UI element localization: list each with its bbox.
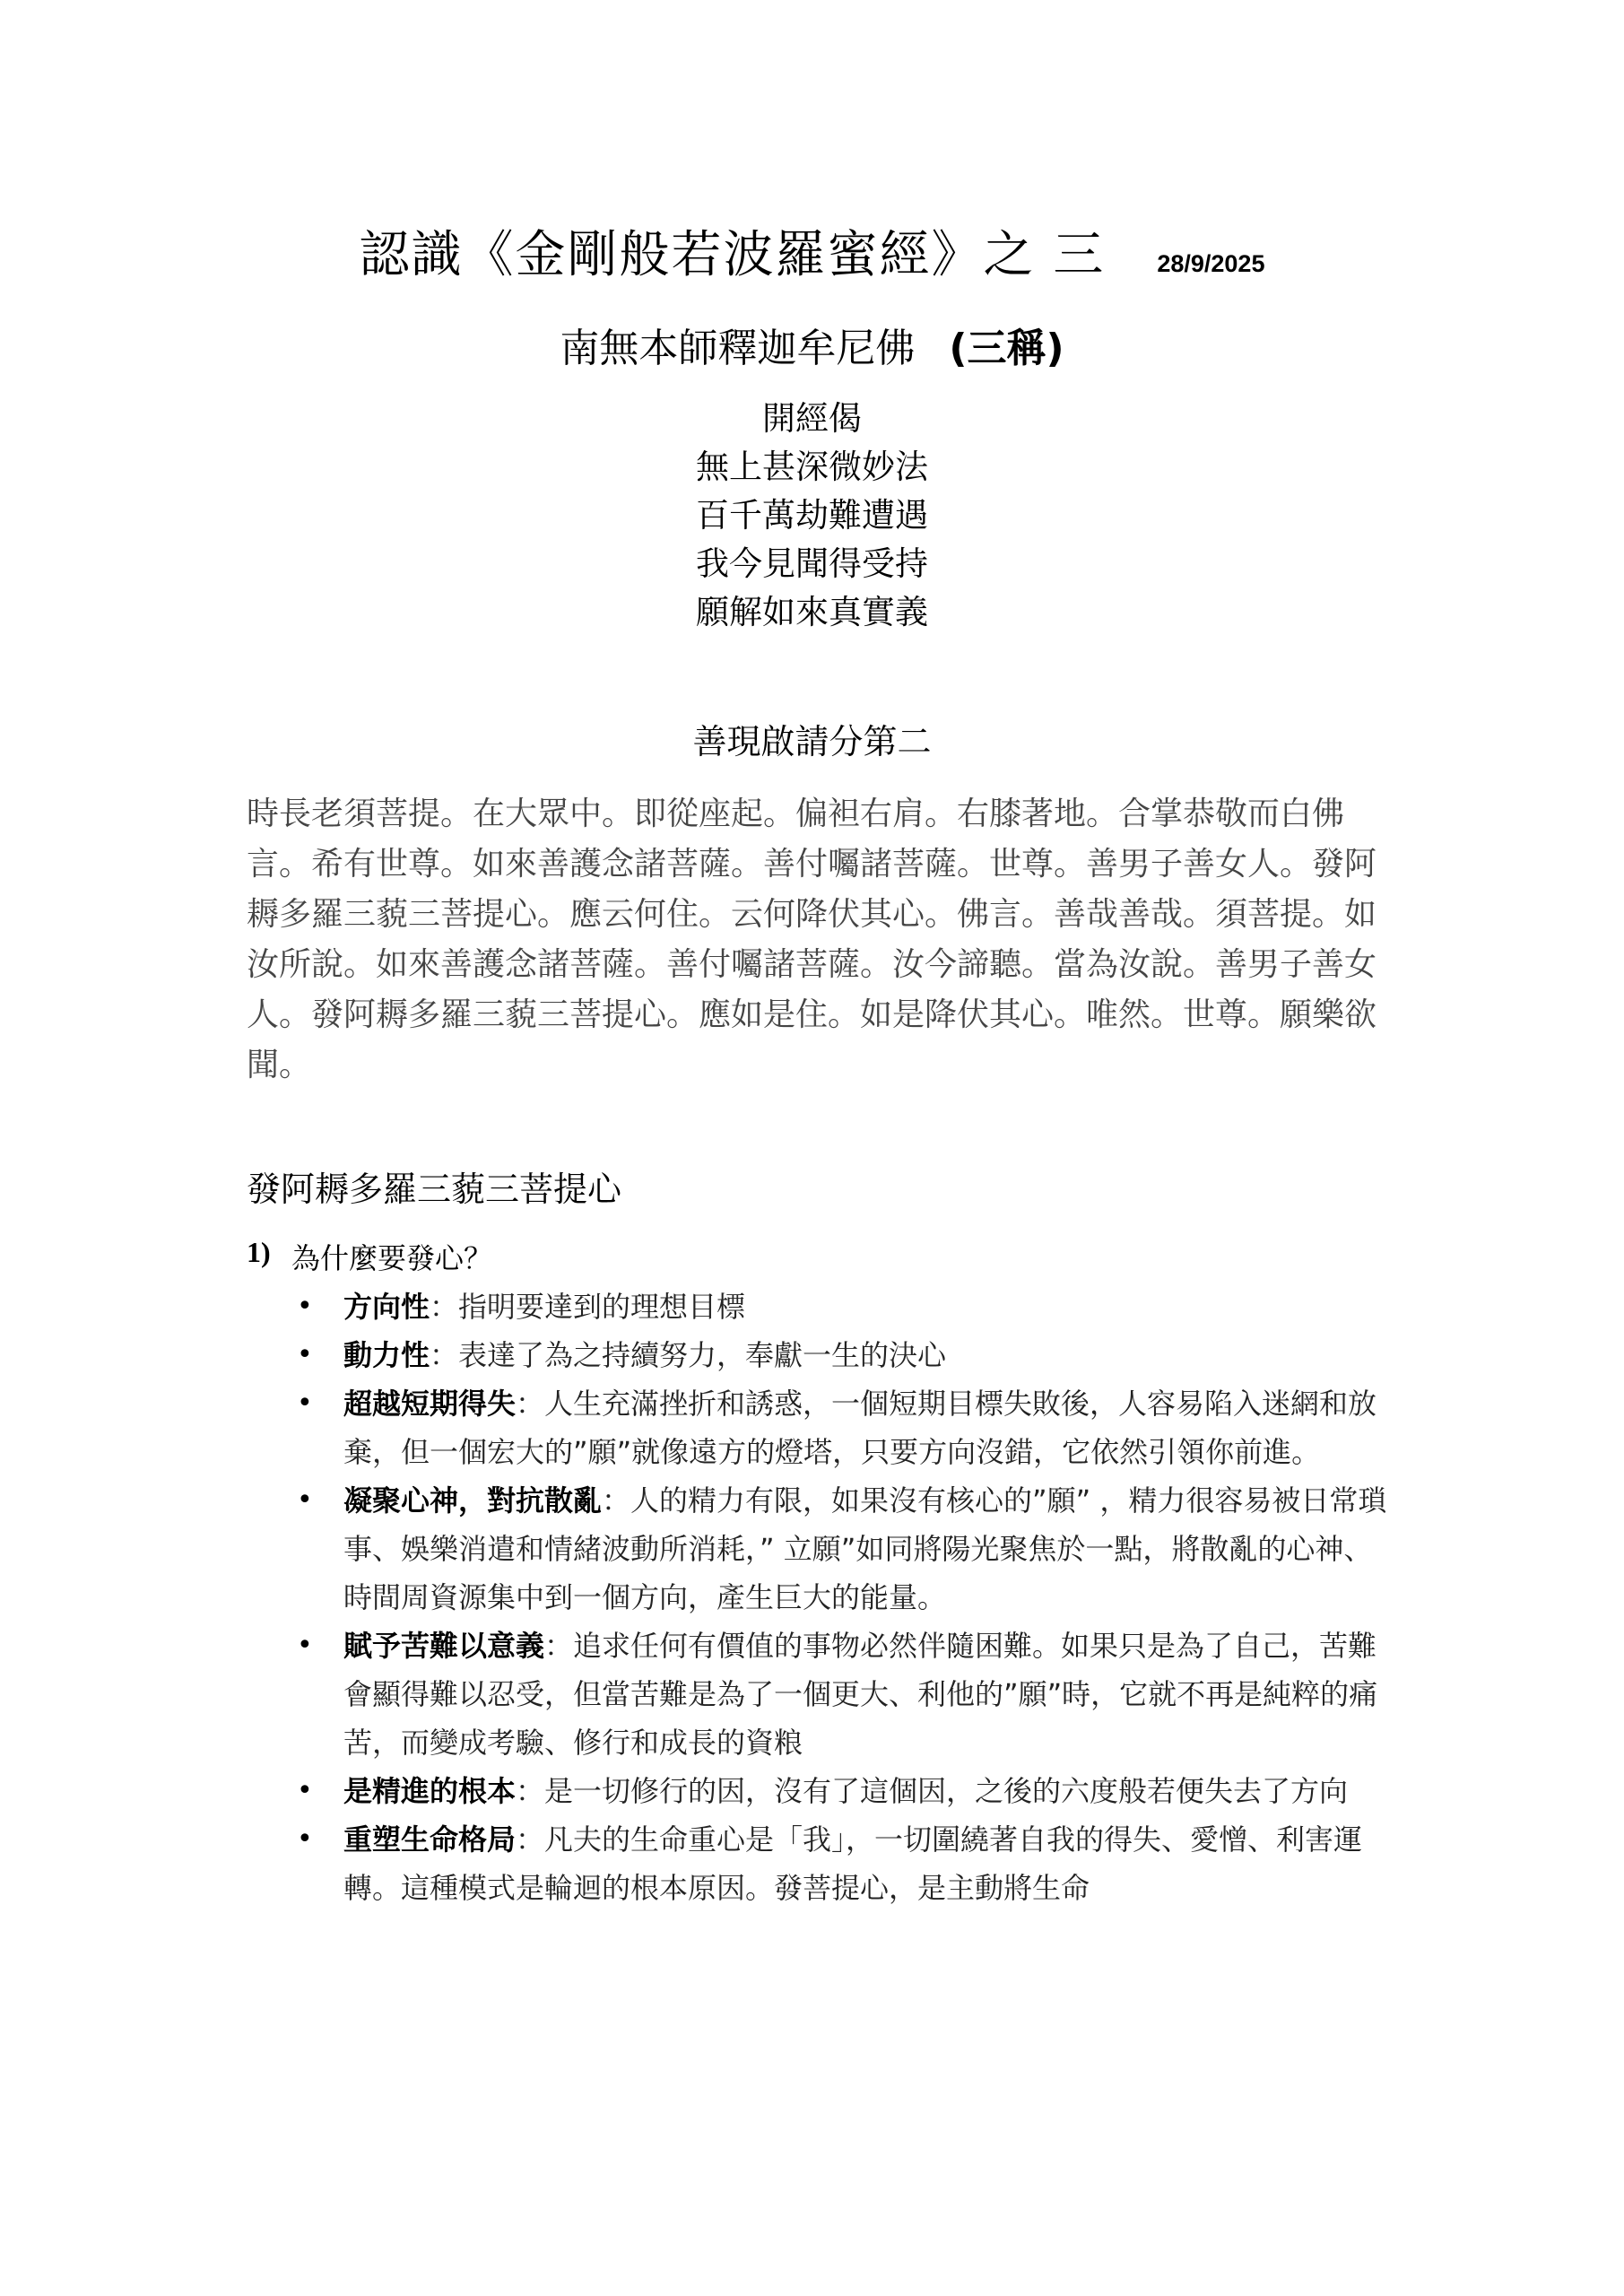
document-title: 認識《金剛般若波羅蜜經》之 三 [360, 215, 1106, 287]
reasons-list: •方向性：指明要達到的理想目標 •動力性：表達了為之持續努力，奉獻一生的決心 •… [291, 1283, 1394, 1912]
bullet-sep: ： [516, 1774, 544, 1808]
subtitle-text: 南無本師釋迦牟尼佛 [560, 326, 915, 371]
list-item: •賦予苦難以意義：追求任何有價值的事物必然伴隨困難。如果只是為了自己，苦難會顯得… [291, 1622, 1394, 1767]
title-row: 認識《金剛般若波羅蜜經》之 三 28/9/2025 [0, 215, 1624, 287]
bullet-sep: ： [516, 1387, 544, 1421]
subtitle-paren: (三稱) [949, 326, 1064, 371]
bullet-text: 是一切修行的因，沒有了這個因，之後的六度般若便失去了方向 [544, 1774, 1348, 1808]
verse-line: 百千萬劫難遭遇 [0, 491, 1624, 540]
question-number: 1) [247, 1236, 291, 1277]
verse-line: 願解如來真實義 [0, 588, 1624, 637]
bullet-term: 動力性 [343, 1338, 430, 1372]
list-item: •凝聚心神，對抗散亂：人的精力有限，如果沒有核心的”願” ，精力很容易被日常瑣事… [291, 1476, 1394, 1622]
bullet-icon: • [297, 1622, 313, 1670]
bullet-sep: ： [516, 1822, 544, 1857]
bullet-term: 是精進的根本 [343, 1774, 516, 1808]
list-item: •超越短期得失：人生充滿挫折和誘惑，一個短期目標失敗後，人容易陷入迷網和放棄，但… [291, 1379, 1394, 1476]
bullet-icon: • [297, 1815, 313, 1864]
bullet-sep: ： [544, 1629, 573, 1663]
list-item: •重塑生命格局：凡夫的生命重心是「我」，一切圍繞著自我的得失、愛憎、利害運轉。這… [291, 1815, 1394, 1912]
bullet-icon: • [297, 1476, 313, 1525]
bullet-sep: ： [430, 1338, 458, 1372]
section-heading: 發阿耨多羅三藐三菩提心 [247, 1161, 621, 1211]
bullet-sep: ： [430, 1290, 458, 1324]
question-text: 為什麼要發心？ [291, 1236, 492, 1277]
bullet-text: 指明要達到的理想目標 [458, 1290, 745, 1324]
bullet-icon: • [297, 1283, 313, 1331]
list-item: •是精進的根本：是一切修行的因，沒有了這個因，之後的六度般若便失去了方向 [291, 1767, 1394, 1815]
bullet-sep: ： [602, 1483, 630, 1518]
bullet-text: 表達了為之持續努力，奉獻一生的決心 [458, 1338, 946, 1372]
verse-title: 開經偈 [0, 395, 1624, 443]
bullet-term: 重塑生命格局 [343, 1822, 516, 1857]
list-item: •方向性：指明要達到的理想目標 [291, 1283, 1394, 1331]
bullet-icon: • [297, 1767, 313, 1815]
bullet-icon: • [297, 1331, 313, 1379]
verse-line: 無上甚深微妙法 [0, 443, 1624, 491]
bullet-term: 超越短期得失 [343, 1387, 516, 1421]
question-item: 1) 為什麼要發心？ [247, 1236, 492, 1277]
opening-verse: 開經偈 無上甚深微妙法 百千萬劫難遭遇 我今見聞得受持 願解如來真實義 [0, 395, 1624, 637]
sutra-paragraph: 時長老須菩提。在大眾中。即從座起。偏袒右肩。右膝著地。合掌恭敬而白佛言。希有世尊… [247, 789, 1376, 1091]
subtitle: 南無本師釋迦牟尼佛(三稱) [0, 316, 1624, 373]
bullet-term: 方向性 [343, 1290, 430, 1324]
bullet-icon: • [297, 1379, 313, 1428]
bullet-term: 賦予苦難以意義 [343, 1629, 544, 1663]
bullet-term: 凝聚心神，對抗散亂 [343, 1483, 602, 1518]
chapter-title: 善現啟請分第二 [0, 714, 1624, 763]
list-item: •動力性：表達了為之持續努力，奉獻一生的決心 [291, 1331, 1394, 1379]
verse-line: 我今見聞得受持 [0, 540, 1624, 588]
document-date: 28/9/2025 [1157, 250, 1264, 278]
